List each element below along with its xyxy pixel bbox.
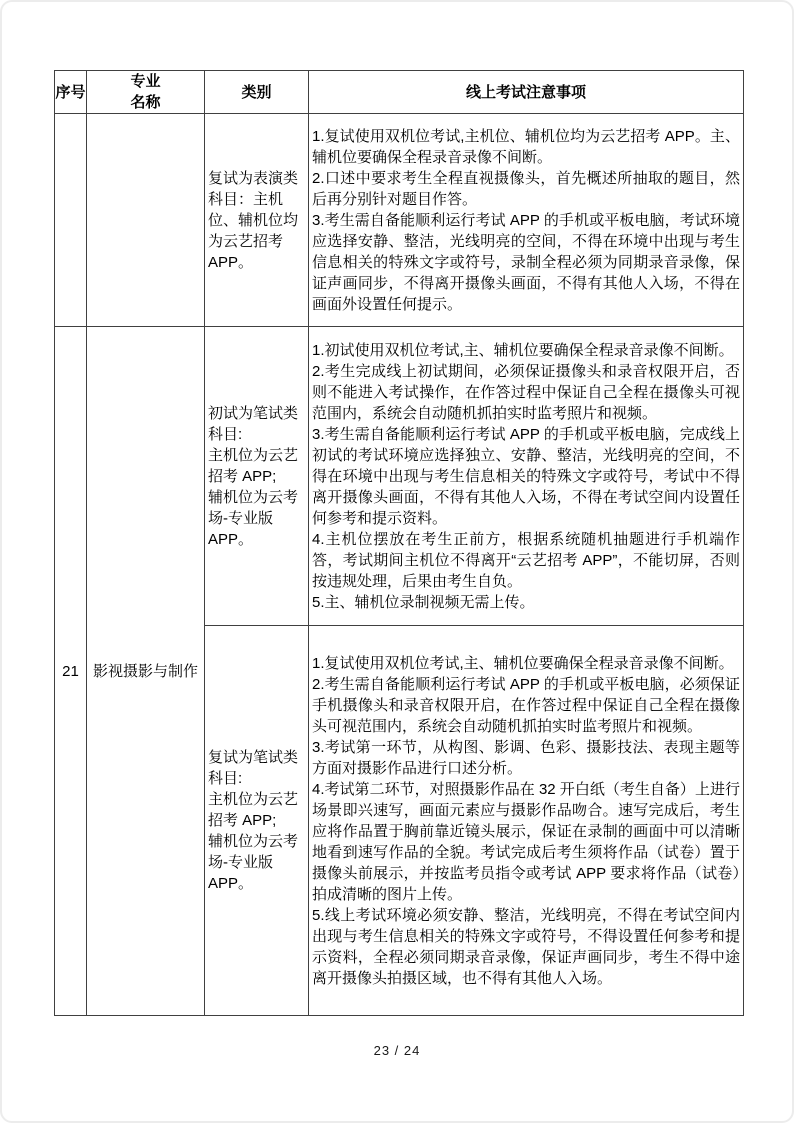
exam-notes-table: 序号 专业 名称 类别 线上考试注意事项 复试为表演类科目：主机位、辅机位均为云… xyxy=(54,70,744,1016)
header-online-exam-notes: 线上考试注意事项 xyxy=(309,71,744,114)
table-header-row: 序号 专业 名称 类别 线上考试注意事项 xyxy=(55,71,744,114)
category-cell: 初试为笔试类科目: 主机位为云艺招考 APP; 辅机位为云考场-专业版 APP。 xyxy=(205,327,309,626)
notes-cell: 1.复试使用双机位考试,主、辅机位要确保全程录音录像不间断。 2.考生需自备能顺… xyxy=(309,626,744,1016)
table-row: 复试为表演类科目：主机位、辅机位均为云艺招考 APP。 1.复试使用双机位考试,… xyxy=(55,114,744,327)
document-page: 序号 专业 名称 类别 线上考试注意事项 复试为表演类科目：主机位、辅机位均为云… xyxy=(0,0,794,1123)
serial-cell: 21 xyxy=(55,327,87,1016)
notes-cell: 1.复试使用双机位考试,主机位、辅机位均为云艺招考 APP。主、辅机位要确保全程… xyxy=(309,114,744,327)
table-row: 21 影视摄影与制作 初试为笔试类科目: 主机位为云艺招考 APP; 辅机位为云… xyxy=(55,327,744,626)
serial-cell-empty xyxy=(55,114,87,327)
notes-cell: 1.初试使用双机位考试,主、辅机位要确保全程录音录像不间断。 2.考生完成线上初… xyxy=(309,327,744,626)
major-cell: 影视摄影与制作 xyxy=(87,327,205,1016)
header-category: 类别 xyxy=(205,71,309,114)
major-cell-empty xyxy=(87,114,205,327)
category-cell: 复试为表演类科目：主机位、辅机位均为云艺招考 APP。 xyxy=(205,114,309,327)
page-number: 23 / 24 xyxy=(2,1043,792,1058)
category-cell: 复试为笔试类科目: 主机位为云艺招考 APP; 辅机位为云考场-专业版 APP。 xyxy=(205,626,309,1016)
header-major-name: 专业 名称 xyxy=(87,71,205,114)
header-serial-number: 序号 xyxy=(55,71,87,114)
